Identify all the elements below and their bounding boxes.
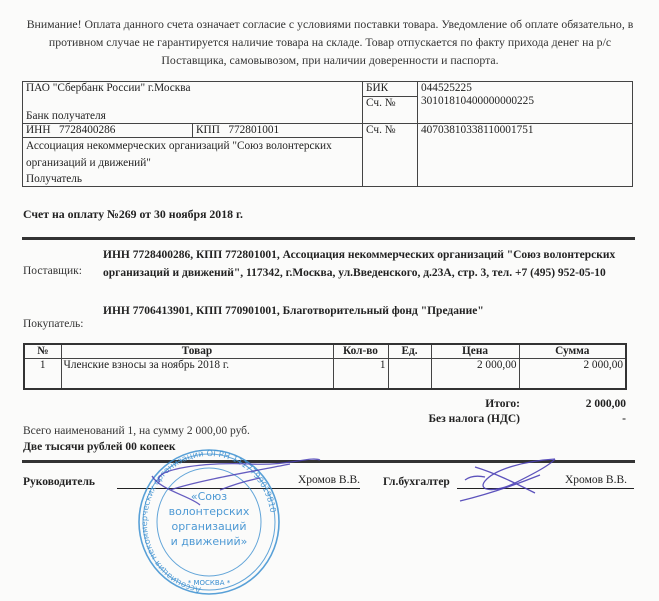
row-sum: 2 000,00 (519, 359, 626, 390)
bik-label: БИК (363, 82, 418, 97)
items-summary: Всего наименований 1, на сумму 2 000,00 … (23, 425, 250, 437)
kpp-value: 772801001 (228, 124, 279, 136)
bik-value: 044525225 (421, 82, 629, 95)
inn-label: ИНН (26, 124, 50, 136)
inn-value: 7728400286 (59, 124, 115, 136)
accountant-label: Гл.бухгалтер (383, 476, 450, 488)
buyer-details: ИНН 7706413901, КПП 770901001, Благотвор… (103, 305, 484, 317)
supplier-label: Поставщик: (23, 265, 82, 277)
account-value: 40703810338110001751 (418, 124, 633, 187)
invoice-title: Счет на оплату №269 от 30 ноября 2018 г. (23, 207, 243, 222)
col-header-unit: Ед. (388, 344, 431, 359)
bank-name-cell: ПАО "Сбербанк России" г.Москва Банк полу… (23, 82, 363, 124)
col-header-product: Товар (61, 344, 333, 359)
stamp-line-3: организаций (172, 520, 247, 533)
accountant-name: Хромов В.В. (565, 474, 627, 486)
row-price: 2 000,00 (431, 359, 519, 390)
row-unit (388, 359, 431, 390)
col-header-num: № (24, 344, 61, 359)
inn-cell: ИНН 7728400286 (23, 124, 193, 138)
recipient-label: Получатель (26, 173, 82, 186)
stamp-city: * МОСКВА * (188, 579, 231, 587)
col-header-qty: Кол-во (333, 344, 388, 359)
bik-account-cell: 044525225 30101810400000000225 (418, 82, 633, 124)
items-table: № Товар Кол-во Ед. Цена Сумма 1 Членские… (23, 343, 627, 390)
kpp-cell: КПП 772801001 (193, 124, 363, 138)
total-value: 2 000,00 (540, 398, 626, 410)
stamp-line-4: и движений» (171, 535, 248, 548)
payment-notice: Внимание! Оплата данного счета означает … (20, 15, 640, 69)
col-header-sum: Сумма (519, 344, 626, 359)
corr-account-value: 30101810400000000225 (421, 95, 629, 108)
account-label: Сч. № (363, 124, 418, 187)
recipient-name: Ассоциация некоммерческих организаций "С… (26, 138, 359, 172)
accountant-signature (455, 455, 565, 505)
kpp-label: КПП (196, 124, 220, 136)
vat-value: - (540, 413, 626, 425)
bank-name: ПАО "Сбербанк России" г.Москва (26, 82, 359, 95)
row-product: Членские взносы за ноябрь 2018 г. (61, 359, 333, 390)
recipient-cell: Ассоциация некоммерческих организаций "С… (23, 138, 363, 187)
director-label: Руководитель (23, 476, 95, 488)
corr-account-label: Сч. № (363, 97, 418, 124)
table-row: 1 Членские взносы за ноябрь 2018 г. 1 2 … (24, 359, 626, 390)
vat-label: Без налога (НДС) (380, 413, 520, 425)
buyer-label: Покупатель: (23, 318, 84, 330)
col-header-price: Цена (431, 344, 519, 359)
supplier-details: ИНН 7728400286, КПП 772801001, Ассоциаци… (103, 246, 623, 282)
director-signature (140, 450, 340, 510)
row-num: 1 (24, 359, 61, 390)
bank-name-label: Банк получателя (26, 110, 106, 123)
total-label: Итого: (440, 398, 520, 410)
bank-details-table: ПАО "Сбербанк России" г.Москва Банк полу… (22, 81, 633, 187)
row-qty: 1 (333, 359, 388, 390)
divider-top (22, 237, 635, 240)
